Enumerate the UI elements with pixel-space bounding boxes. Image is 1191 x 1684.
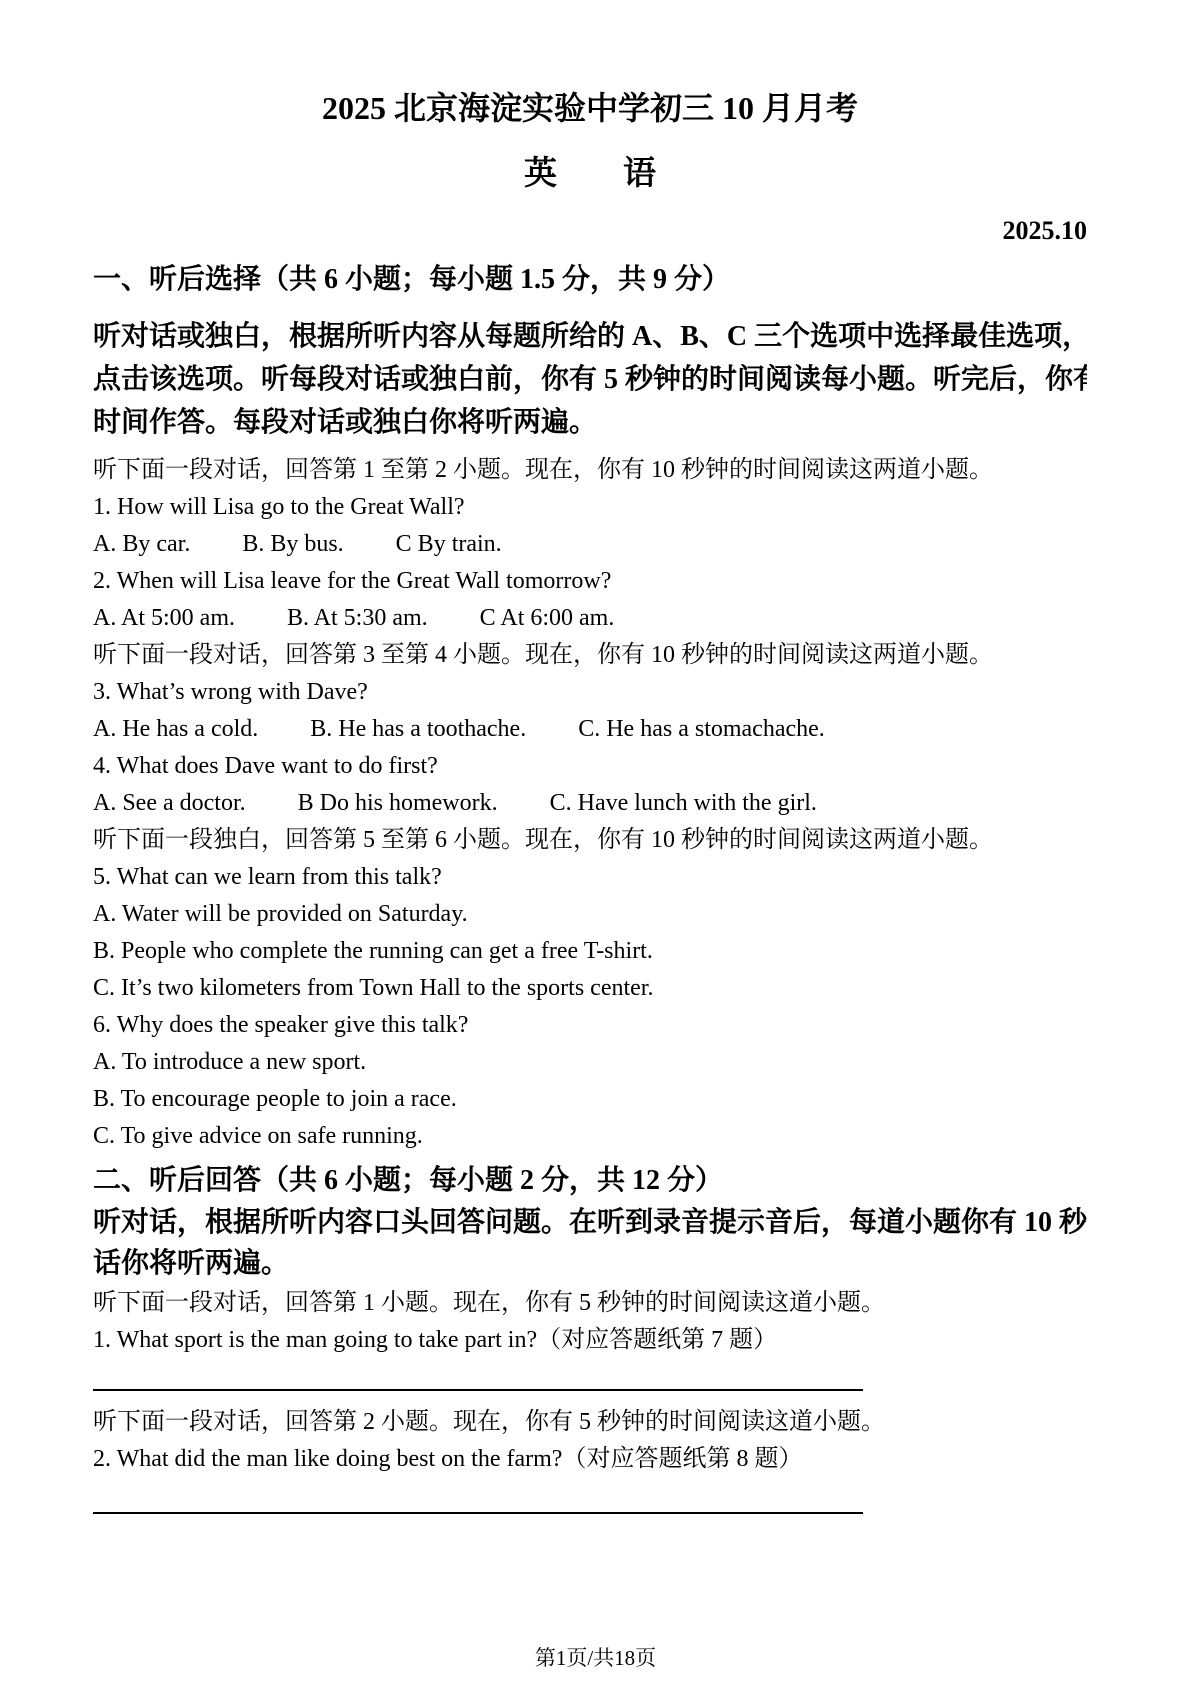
option-c: C. It’s two kilometers from Town Hall to… xyxy=(93,970,1087,1007)
section1-body: 听下面一段对话，回答第 1 至第 2 小题。现在，你有 10 秒钟的时间阅读这两… xyxy=(93,452,1087,1155)
page-footer: 第1页/共18页 xyxy=(0,1645,1191,1671)
option-c: C By train. xyxy=(396,526,502,563)
section1-instructions: 听对话或独白，根据所听内容从每题所给的 A、B、C 三个选项中选择最佳选项，并用… xyxy=(93,315,1087,444)
option-b: B Do his homework. xyxy=(298,785,498,822)
option-b: B. He has a toothache. xyxy=(310,711,526,748)
question-text: 1. How will Lisa go to the Great Wall? xyxy=(93,489,1087,526)
option-a: A. He has a cold. xyxy=(93,711,258,748)
instructions-line: 听对话或独白，根据所听内容从每题所给的 A、B、C 三个选项中选择最佳选项，并用… xyxy=(93,315,1087,358)
page-content: 2025 北京海淀实验中学初三 10 月月考 英 语 2025.10 一、听后选… xyxy=(93,0,1087,1514)
listening-lead: 听下面一段对话，回答第 3 至第 4 小题。现在，你有 10 秒钟的时间阅读这两… xyxy=(93,637,1087,674)
question-text: 3. What’s wrong with Dave? xyxy=(93,674,1087,711)
answer-blank-line xyxy=(93,1512,863,1514)
option-a: A. By car. xyxy=(93,526,190,563)
exam-date: 2025.10 xyxy=(93,216,1087,246)
option-a: A. To introduce a new sport. xyxy=(93,1044,1087,1081)
options-row: A. At 5:00 am. B. At 5:30 am. C At 6:00 … xyxy=(93,600,1087,637)
listening-lead: 听下面一段对话，回答第 1 至第 2 小题。现在，你有 10 秒钟的时间阅读这两… xyxy=(93,452,1087,489)
options-row: A. By car. B. By bus. C By train. xyxy=(93,526,1087,563)
subject-title: 英 语 xyxy=(93,154,1087,194)
options-row: A. See a doctor. B Do his homework. C. H… xyxy=(93,785,1087,822)
exam-page: 2025 北京海淀实验中学初三 10 月月考 英 语 2025.10 一、听后选… xyxy=(0,0,1191,1684)
instructions-line: 点击该选项。听每段对话或独白前，你有 5 秒钟的时间阅读每小题。听完后，你有 5… xyxy=(93,358,1087,401)
option-b: B. To encourage people to join a race. xyxy=(93,1081,1087,1118)
option-a: A. See a doctor. xyxy=(93,785,246,822)
listening-lead: 听下面一段独白，回答第 5 至第 6 小题。现在，你有 10 秒钟的时间阅读这两… xyxy=(93,822,1087,859)
instructions-line: 话你将听两遍。 xyxy=(93,1243,1087,1284)
option-c: C. Have lunch with the girl. xyxy=(550,785,817,822)
option-a: A. Water will be provided on Saturday. xyxy=(93,896,1087,933)
options-row: A. He has a cold. B. He has a toothache.… xyxy=(93,711,1087,748)
question-text: 2. When will Lisa leave for the Great Wa… xyxy=(93,563,1087,600)
option-b: B. People who complete the running can g… xyxy=(93,933,1087,970)
instructions-line: 听对话，根据所听内容口头回答问题。在听到录音提示音后，每道小题你有 10 秒钟的… xyxy=(93,1202,1087,1243)
question-text: 6. Why does the speaker give this talk? xyxy=(93,1007,1087,1044)
question-text: 1. What sport is the man going to take p… xyxy=(93,1322,1087,1359)
section2-heading: 二、听后回答（共 6 小题；每小题 2 分，共 12 分） xyxy=(93,1159,1087,1202)
option-a: A. At 5:00 am. xyxy=(93,600,235,637)
question-text: 4. What does Dave want to do first? xyxy=(93,748,1087,785)
option-b: B. By bus. xyxy=(242,526,343,563)
option-c: C. He has a stomachache. xyxy=(578,711,825,748)
section1-heading: 一、听后选择（共 6 小题；每小题 1.5 分，共 9 分） xyxy=(93,258,1087,301)
option-c: C. To give advice on safe running. xyxy=(93,1118,1087,1155)
listening-lead: 听下面一段对话，回答第 1 小题。现在，你有 5 秒钟的时间阅读这道小题。 xyxy=(93,1285,1087,1322)
option-c: C At 6:00 am. xyxy=(480,600,615,637)
section2-body: 听下面一段对话，回答第 1 小题。现在，你有 5 秒钟的时间阅读这道小题。 1.… xyxy=(93,1285,1087,1514)
section2-instructions: 听对话，根据所听内容口头回答问题。在听到录音提示音后，每道小题你有 10 秒钟的… xyxy=(93,1202,1087,1284)
question-text: 5. What can we learn from this talk? xyxy=(93,859,1087,896)
answer-blank-line xyxy=(93,1389,863,1391)
option-b: B. At 5:30 am. xyxy=(287,600,428,637)
doc-title: 2025 北京海淀实验中学初三 10 月月考 xyxy=(93,88,1087,128)
listening-lead: 听下面一段对话，回答第 2 小题。现在，你有 5 秒钟的时间阅读这道小题。 xyxy=(93,1404,1087,1441)
instructions-line: 时间作答。每段对话或独白你将听两遍。 xyxy=(93,401,1087,444)
question-text: 2. What did the man like doing best on t… xyxy=(93,1441,1087,1478)
